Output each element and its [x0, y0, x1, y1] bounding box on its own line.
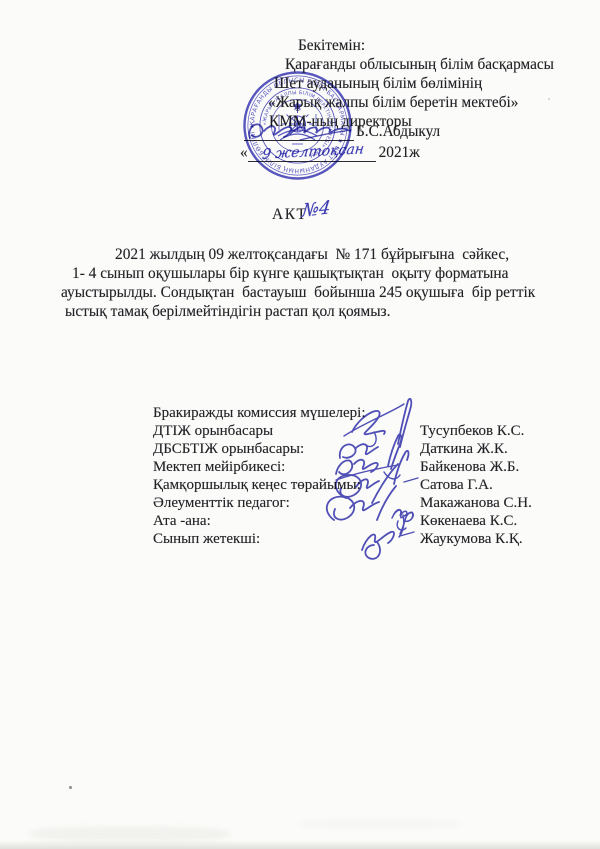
commission-heading: Бракиражды комиссия мүшелері:: [153, 404, 366, 422]
member-name: Тусупбеков К.С.: [420, 422, 524, 440]
member-name: Даткина Ж.К.: [420, 440, 508, 458]
commission-member-row: Сынып жетекші: Жаукумова К.Қ.: [153, 530, 366, 548]
scan-smudge: [30, 827, 230, 841]
signature-zhaukumova: [362, 532, 414, 559]
director-name: Б.С.Абдыкул: [356, 123, 440, 141]
body-line: 2021 жылдың 09 желтоқсандағы № 171 бұйры…: [115, 245, 561, 264]
date-year: 2021ж: [379, 144, 420, 162]
commission-member-row: Әлеументтік педагог: Макажанова С.Н.: [153, 494, 366, 512]
commission-block: Бракиражды комиссия мүшелері: ДТІЖ орынб…: [153, 404, 366, 548]
dash-before-zhaukumova: [400, 532, 414, 536]
body-line: ыстық тамақ берілмейтіндігін растап қол …: [65, 302, 561, 321]
member-role: Мектеп мейірбикесі:: [153, 459, 285, 475]
member-name: Жаукумова К.Қ.: [420, 530, 523, 548]
body-line: ауыстырылды. Сондықтан бастауыш бойынша …: [61, 283, 561, 302]
commission-member-row: ДБСБТІЖ орынбасары: Даткина Ж.К.: [153, 440, 366, 458]
scan-speck: [548, 98, 550, 100]
member-role: ДТІЖ орынбасары: [153, 423, 273, 439]
signature-kokenaeva: [392, 510, 413, 537]
member-name: Макажанова С.Н.: [420, 494, 532, 512]
stamp-emblem-icon: [278, 101, 317, 144]
act-number-handwritten: №4: [301, 197, 332, 222]
commission-member-row: ДТІЖ орынбасары Тусупбеков К.С.: [153, 422, 366, 440]
member-role: Қамқоршылық кеңес төрайымы:: [153, 477, 361, 493]
member-role: Сынып жетекші:: [153, 531, 260, 547]
dash-before-satova: [404, 478, 418, 482]
approve-label: Бекітемін:: [298, 36, 554, 55]
scan-speck: [69, 786, 72, 789]
member-name: Көкенаева К.С.: [420, 512, 517, 530]
member-role: Әлеументтік педагог:: [153, 495, 290, 511]
commission-member-row: Қамқоршылық кеңес төрайымы: Сатова Г.А.: [153, 476, 366, 494]
member-role: Ата -ана:: [153, 513, 211, 529]
member-name: Сатова Г.А.: [420, 476, 493, 494]
member-role: ДБСБТІЖ орынбасары:: [153, 441, 304, 457]
member-name: Байкенова Ж.Б.: [420, 458, 519, 476]
scan-edge-shadow: [0, 840, 600, 849]
scanned-act-document: Бекітемін: Қарағанды облысының білім бас…: [0, 0, 600, 849]
act-body-paragraph: 2021 жылдың 09 желтоқсандағы № 171 бұйры…: [61, 245, 561, 321]
body-line: 1- 4 сынып оқушылары бір күнге қашықтықт…: [72, 264, 561, 283]
scan-smudge: [300, 819, 460, 829]
commission-member-row: Мектеп мейірбикесі: Байкенова Ж.Б.: [153, 458, 366, 476]
school-round-stamp: ҚАРАҒАНДЫ ОБЛЫСЫ БІЛІМ БАСҚАРМАСЫ ★ ШЕТ …: [242, 70, 353, 181]
commission-member-row: Ата -ана: Көкенаева К.С.: [153, 512, 366, 530]
